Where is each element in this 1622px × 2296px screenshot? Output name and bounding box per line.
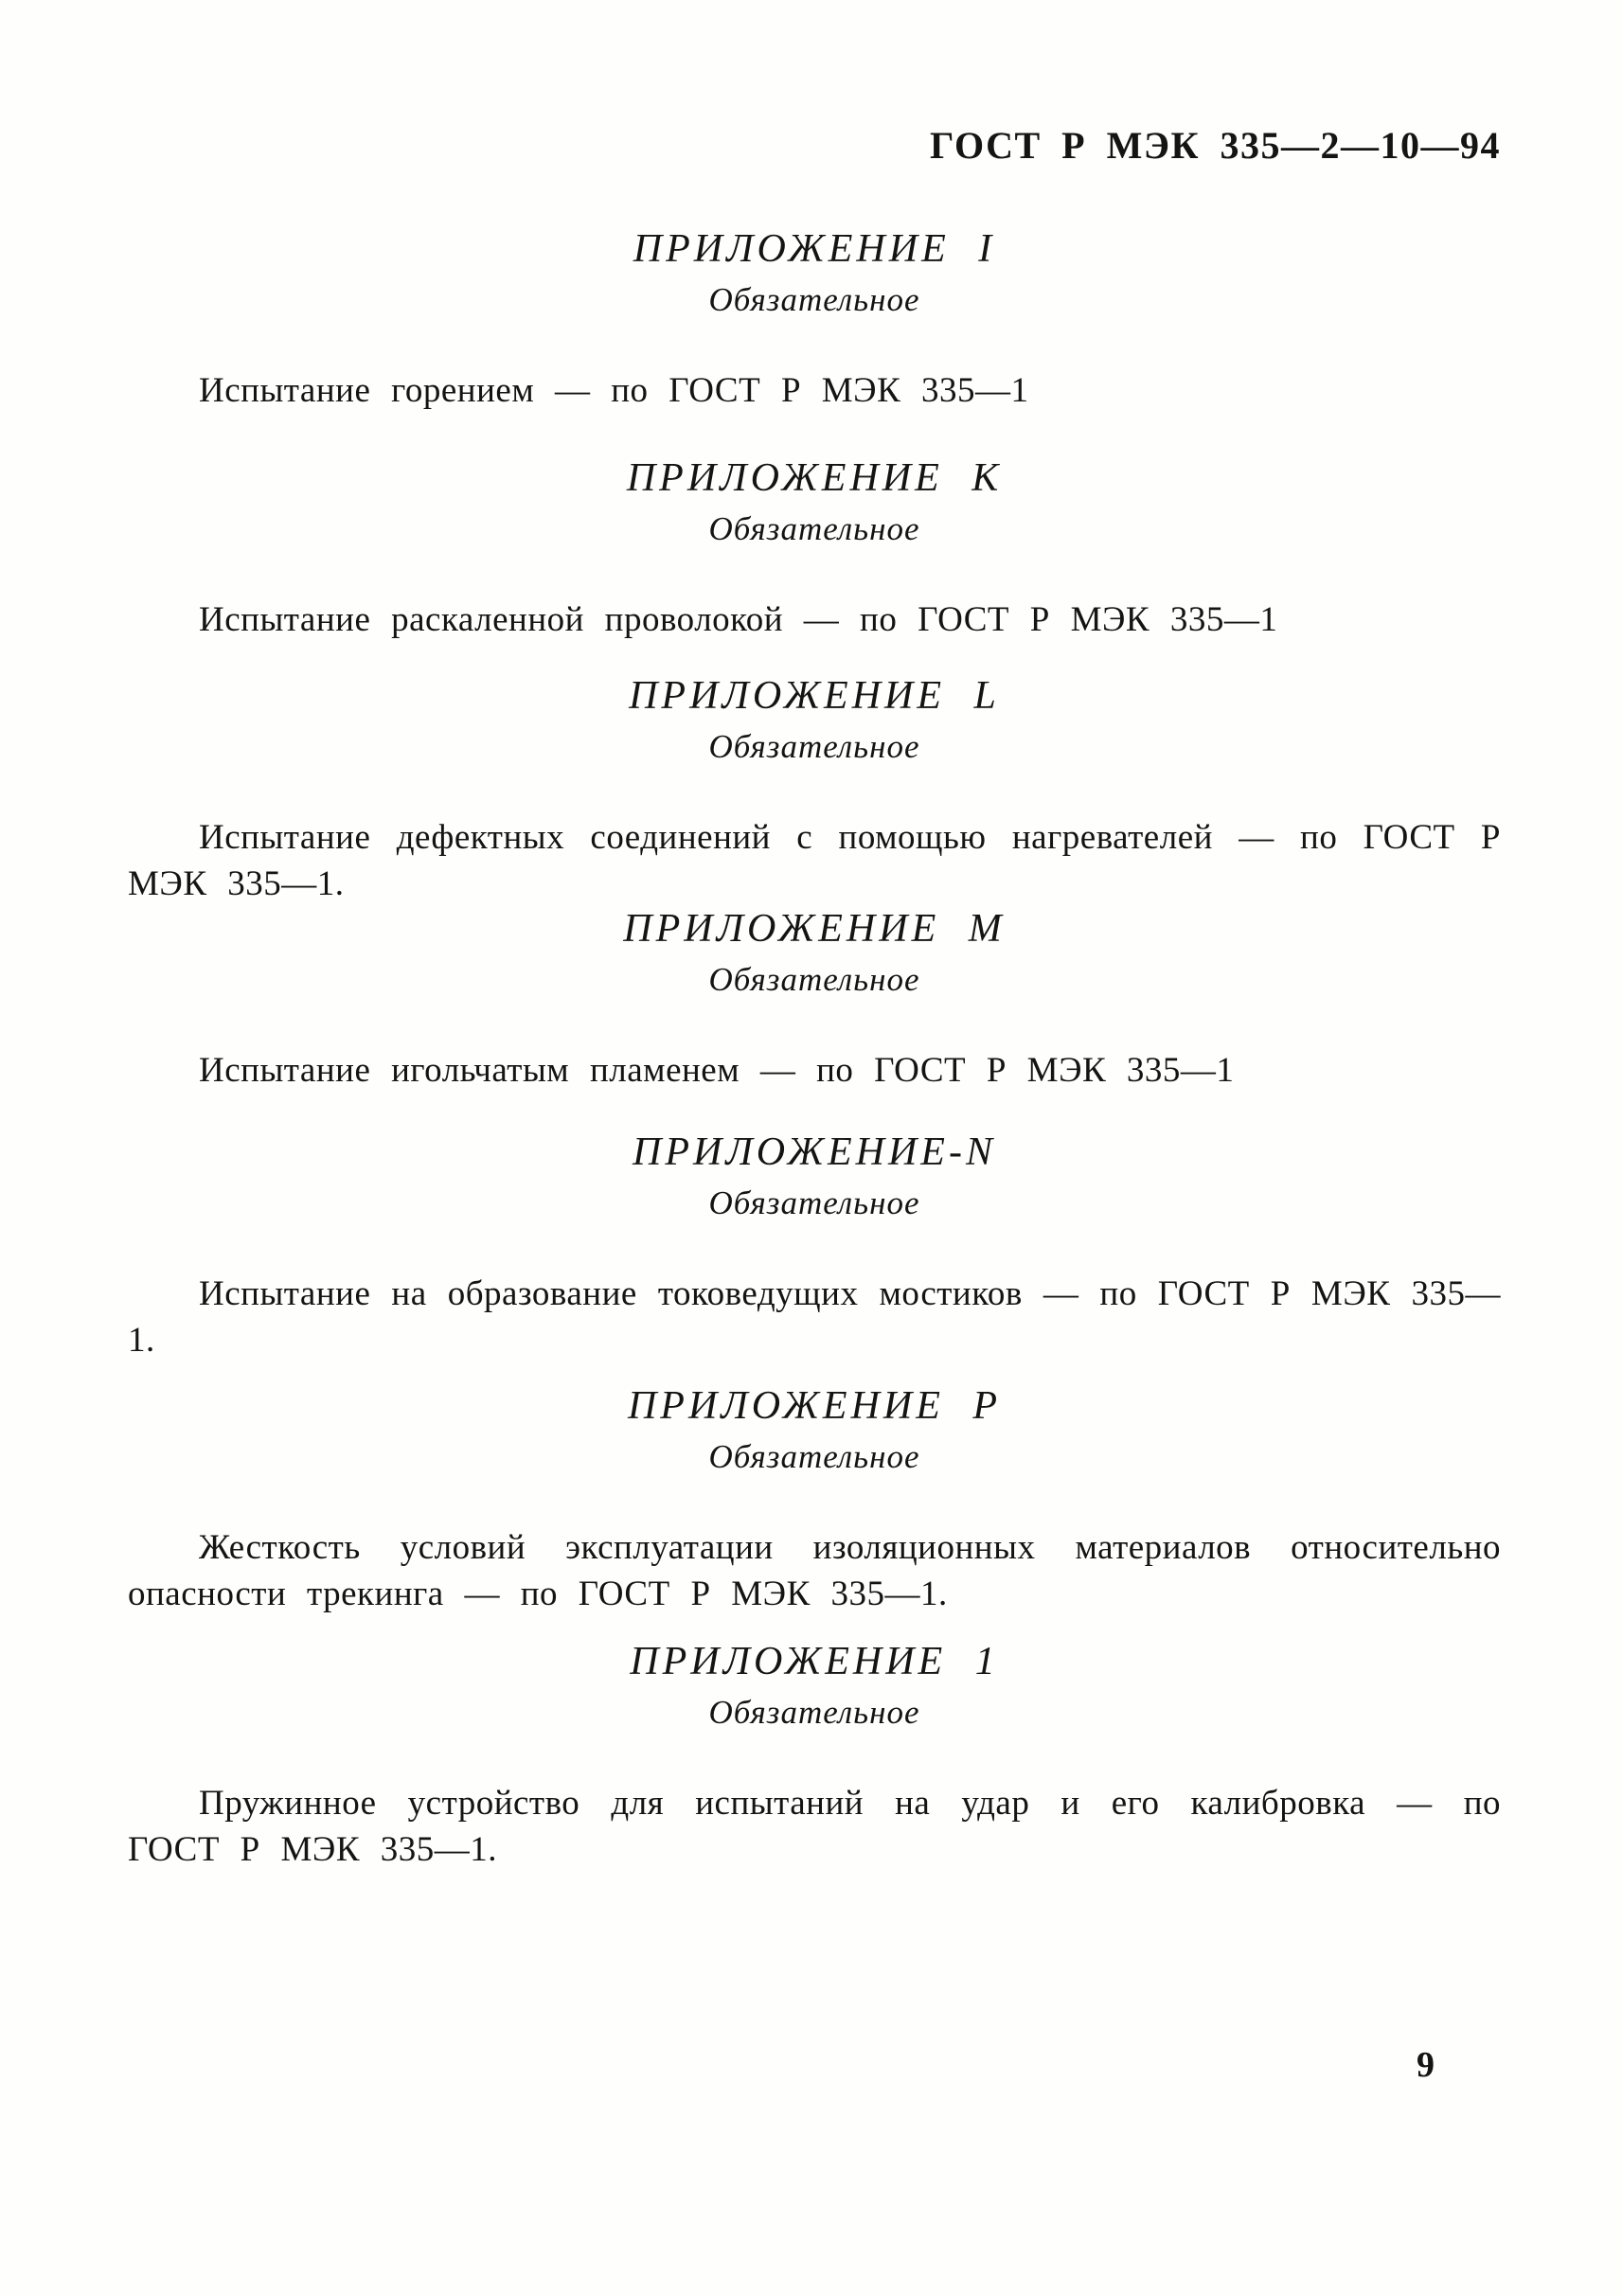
document-standard-header: ГОСТ Р МЭК 335—2—10—94 xyxy=(128,123,1501,169)
appendix-title: ПРИЛОЖЕНИЕ М xyxy=(128,907,1501,951)
appendix-section-m: ПРИЛОЖЕНИЕ М Обязательное Испытание игол… xyxy=(128,907,1501,1094)
appendix-body-text: Испытание дефектных соединений с помощью… xyxy=(128,814,1501,907)
appendix-title: ПРИЛОЖЕНИЕ-N xyxy=(128,1130,1501,1174)
appendix-title: ПРИЛОЖЕНИЕ 1 xyxy=(128,1640,1501,1683)
appendix-subtitle: Обязательное xyxy=(128,1185,1501,1221)
appendix-body-text: Пружинное устройство для испытаний на уд… xyxy=(128,1780,1501,1873)
appendix-section-k: ПРИЛОЖЕНИЕ К Обязательное Испытание раск… xyxy=(128,456,1501,643)
appendix-title: ПРИЛОЖЕНИЕ К xyxy=(128,456,1501,500)
appendix-title: ПРИЛОЖЕНИЕ Р xyxy=(128,1384,1501,1428)
appendix-subtitle: Обязательное xyxy=(128,962,1501,998)
appendix-subtitle: Обязательное xyxy=(128,1695,1501,1731)
appendix-subtitle: Обязательное xyxy=(128,1439,1501,1475)
appendix-body-text: Испытание раскаленной проволокой — по ГО… xyxy=(128,596,1501,643)
appendix-section-p: ПРИЛОЖЕНИЕ Р Обязательное Жесткость усло… xyxy=(128,1384,1501,1617)
scanned-document-page: ГОСТ Р МЭК 335—2—10—94 ПРИЛОЖЕНИЕ I Обяз… xyxy=(0,0,1622,2296)
appendix-body-text: Испытание на образование токоведущих мос… xyxy=(128,1271,1501,1363)
appendix-body-text: Испытание игольчатым пламенем — по ГОСТ … xyxy=(128,1047,1501,1094)
page-number: 9 xyxy=(1417,2045,1435,2085)
appendix-title: ПРИЛОЖЕНИЕ I xyxy=(128,227,1501,271)
appendix-body-text: Испытание горением — по ГОСТ Р МЭК 335—1 xyxy=(128,367,1501,414)
appendix-title: ПРИЛОЖЕНИЕ L xyxy=(128,674,1501,718)
appendix-subtitle: Обязательное xyxy=(128,729,1501,765)
appendix-subtitle: Обязательное xyxy=(128,282,1501,318)
appendix-section-l: ПРИЛОЖЕНИЕ L Обязательное Испытание дефе… xyxy=(128,674,1501,907)
appendix-section-1: ПРИЛОЖЕНИЕ 1 Обязательное Пружинное устр… xyxy=(128,1640,1501,1873)
appendix-section-i: ПРИЛОЖЕНИЕ I Обязательное Испытание горе… xyxy=(128,227,1501,414)
appendix-subtitle: Обязательное xyxy=(128,511,1501,547)
appendix-body-text: Жесткость условий эксплуатации изоляцион… xyxy=(128,1524,1501,1617)
appendix-section-n: ПРИЛОЖЕНИЕ-N Обязательное Испытание на о… xyxy=(128,1130,1501,1363)
